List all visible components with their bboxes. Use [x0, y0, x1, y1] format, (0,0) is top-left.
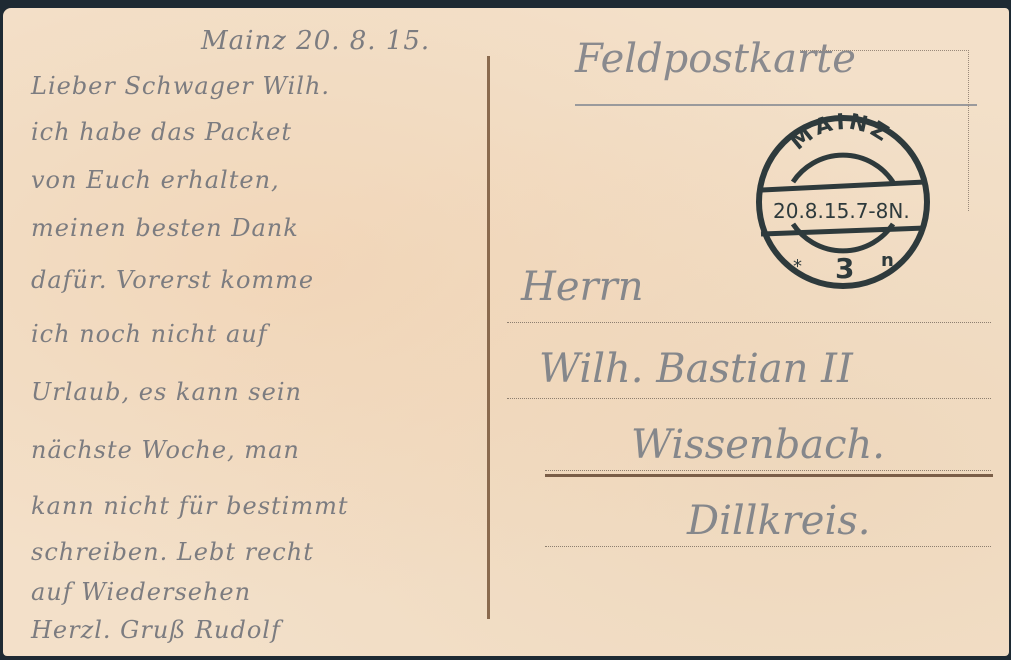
message-signoff: Herzl. Gruß Rudolf	[31, 616, 281, 644]
message-line: Lieber Schwager Wilh.	[31, 72, 330, 100]
address-line-4	[545, 546, 991, 547]
message-line: ich noch nicht auf	[31, 320, 268, 348]
message-line: dafür. Vorerst komme	[31, 266, 314, 294]
message-line: meinen besten Dank	[31, 214, 299, 242]
address-line-2	[507, 398, 991, 399]
message-line: von Euch erhalten,	[31, 166, 280, 194]
svg-text:*: *	[793, 256, 802, 277]
address-line-3	[545, 470, 991, 471]
svg-text:n: n	[881, 250, 894, 271]
address-town: Wissenbach.	[631, 422, 885, 468]
svg-text:MAINZ: MAINZ	[786, 112, 896, 155]
postmark: MAINZ 20.8.15.7-8N. * 3 n	[753, 112, 933, 292]
address-line-1	[507, 322, 991, 323]
message-line: ich habe das Packet	[31, 118, 292, 146]
postcard: Feldpostkarte MAINZ 20.8.15.7-8N. * 3 n …	[3, 8, 1009, 656]
address-name: Wilh. Bastian II	[539, 346, 853, 392]
message-line: schreiben. Lebt recht	[31, 538, 314, 566]
svg-text:20.8.15.7-8N.: 20.8.15.7-8N.	[773, 199, 910, 223]
card-divider	[487, 56, 490, 619]
message-dateline: Mainz 20. 8. 15.	[201, 26, 430, 56]
svg-text:3: 3	[835, 252, 854, 285]
message-line: nächste Woche, man	[31, 436, 300, 464]
address-salutation: Herrn	[521, 264, 644, 310]
message-line: auf Wiedersehen	[31, 578, 251, 606]
address-district: Dillkreis.	[687, 498, 871, 544]
message-line: kann nicht für bestimmt	[31, 492, 349, 520]
address-town-rule	[545, 474, 993, 477]
message-line: Urlaub, es kann sein	[31, 378, 302, 406]
